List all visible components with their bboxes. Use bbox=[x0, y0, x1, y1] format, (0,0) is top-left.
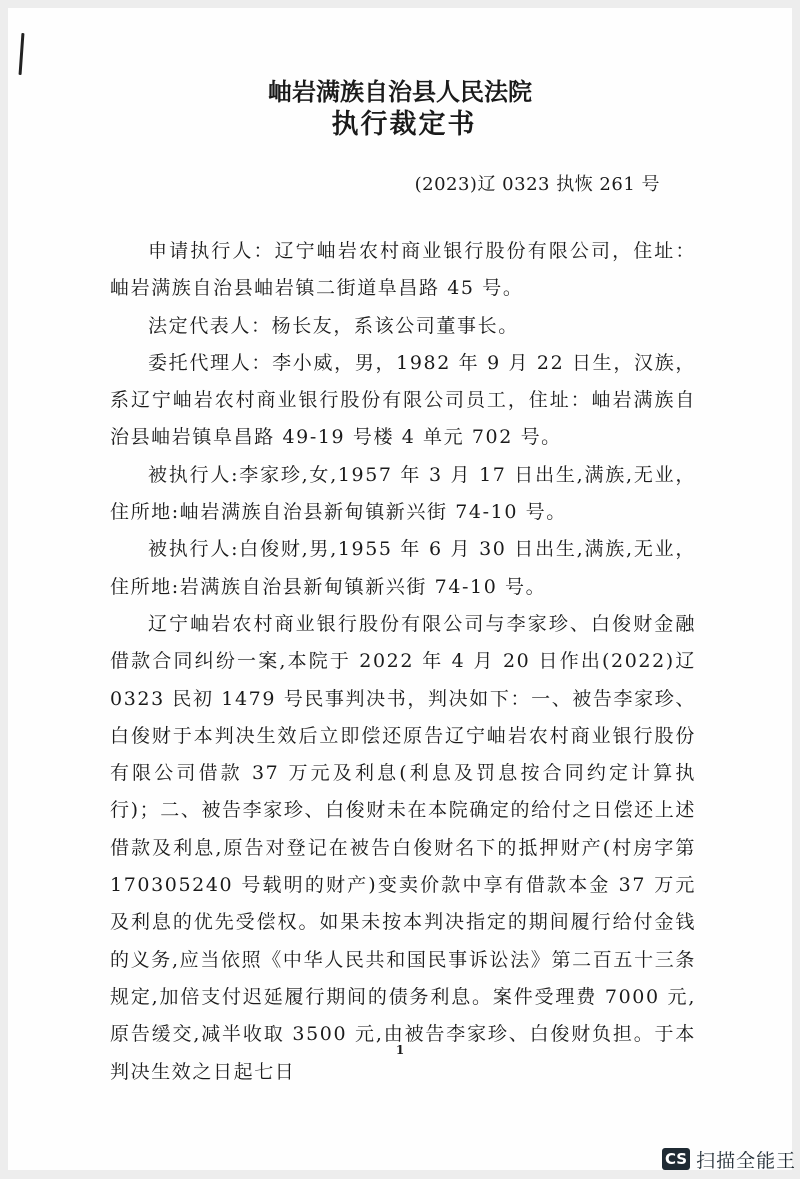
document-body: 申请执行人：辽宁岫岩农村商业银行股份有限公司，住址：岫岩满族自治县岫岩镇二街道阜… bbox=[110, 233, 696, 1091]
document-title: 执行裁定书 bbox=[0, 102, 800, 141]
paragraph-case-facts: 辽宁岫岩农村商业银行股份有限公司与李家珍、白俊财金融借款合同纠纷一案,本院于 2… bbox=[110, 606, 696, 1091]
page-number: 1 bbox=[0, 1043, 800, 1057]
scanner-watermark: CS 扫描全能王 bbox=[662, 1147, 794, 1171]
watermark-text: 扫描全能王 bbox=[696, 1147, 794, 1171]
paragraph-respondent-1: 被执行人:李家珍,女,1957 年 3 月 17 日出生,满族,无业，住所地:岫… bbox=[110, 457, 696, 532]
pen-mark bbox=[19, 33, 25, 75]
case-number: (2023)辽 0323 执恢 261 号 bbox=[415, 170, 660, 196]
paragraph-legal-representative: 法定代表人：杨长友，系该公司董事长。 bbox=[110, 308, 696, 345]
paragraph-applicant: 申请执行人：辽宁岫岩农村商业银行股份有限公司，住址：岫岩满族自治县岫岩镇二街道阜… bbox=[110, 233, 696, 308]
camscanner-logo-icon: CS bbox=[662, 1148, 690, 1170]
paragraph-respondent-2: 被执行人:白俊财,男,1955 年 6 月 30 日出生,满族,无业，住所地:岩… bbox=[110, 531, 696, 606]
paragraph-agent: 委托代理人：李小威，男，1982 年 9 月 22 日生，汉族，系辽宁岫岩农村商… bbox=[110, 345, 696, 457]
